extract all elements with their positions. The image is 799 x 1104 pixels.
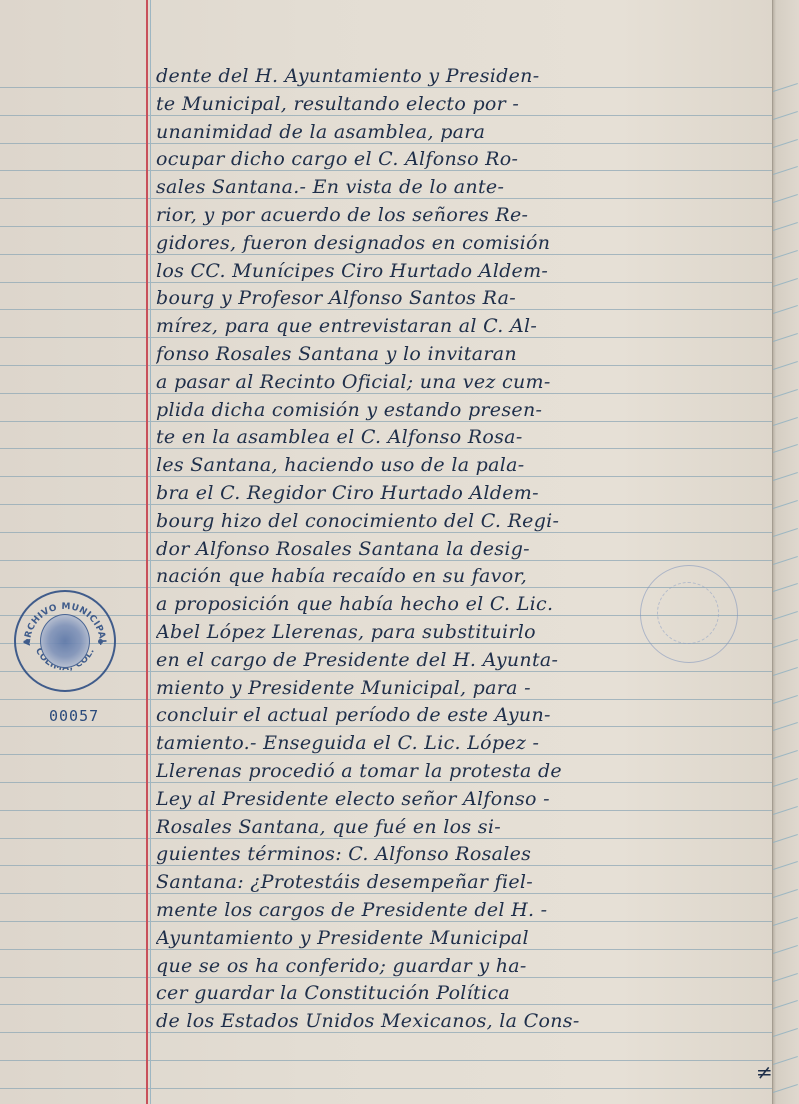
handwritten-line: gidores, fueron designados en comisión bbox=[156, 230, 768, 256]
handwritten-line: Abel López Llerenas, para substituirlo bbox=[156, 619, 768, 645]
stamp-star-icon bbox=[25, 639, 30, 644]
handwritten-line: cer guardar la Constitución Política bbox=[156, 980, 768, 1006]
handwritten-line: Ley al Presidente electo señor Alfonso - bbox=[156, 786, 768, 812]
handwritten-line: dor Alfonso Rosales Santana la desig- bbox=[156, 536, 768, 562]
handwritten-line: los CC. Munícipes Ciro Hurtado Aldem- bbox=[156, 258, 768, 284]
handwritten-line: tamiento.- Enseguida el C. Lic. López - bbox=[156, 730, 768, 756]
stamp-star-icon bbox=[98, 639, 103, 644]
coat-of-arms-icon bbox=[40, 614, 90, 668]
handwritten-line: dente del H. Ayuntamiento y Presiden- bbox=[156, 63, 768, 89]
handwritten-line: bourg hizo del conocimiento del C. Regi- bbox=[156, 508, 768, 534]
handwritten-line: bourg y Profesor Alfonso Santos Ra- bbox=[156, 285, 768, 311]
handwritten-line: Llerenas procedió a tomar la protesta de bbox=[156, 758, 768, 784]
handwritten-line: rior, y por acuerdo de los señores Re- bbox=[156, 202, 768, 228]
margin-line-red bbox=[146, 0, 148, 1104]
handwritten-line: Santana: ¿Protestáis desempeñar fiel- bbox=[156, 869, 768, 895]
handwritten-line: Ayuntamiento y Presidente Municipal bbox=[156, 925, 768, 951]
handwritten-line: concluir el actual período de este Ayun- bbox=[156, 702, 768, 728]
handwritten-line: ocupar dicho cargo el C. Alfonso Ro- bbox=[156, 146, 768, 172]
handwritten-line: mente los cargos de Presidente del H. - bbox=[156, 897, 768, 923]
handwritten-line: que se os ha conferido; guardar y ha- bbox=[156, 953, 768, 979]
end-of-page-mark: ≠ bbox=[756, 1060, 773, 1084]
ruling-line bbox=[0, 1060, 772, 1061]
handwritten-line: mírez, para que entrevistaran al C. Al- bbox=[156, 313, 768, 339]
handwritten-line: nación que había recaído en su favor, bbox=[156, 563, 768, 589]
handwritten-line: sales Santana.- En vista de lo ante- bbox=[156, 174, 768, 200]
handwritten-line: plida dicha comisión y estando presen- bbox=[156, 397, 768, 423]
handwritten-line: en el cargo de Presidente del H. Ayunta- bbox=[156, 647, 768, 673]
handwritten-line: guientes términos: C. Alfonso Rosales bbox=[156, 841, 768, 867]
handwritten-line: bra el C. Regidor Ciro Hurtado Aldem- bbox=[156, 480, 768, 506]
folio-number: 00057 bbox=[49, 707, 99, 725]
handwritten-line: les Santana, haciendo uso de la pala- bbox=[156, 452, 768, 478]
handwritten-line: te en la asamblea el C. Alfonso Rosa- bbox=[156, 424, 768, 450]
handwritten-line: fonso Rosales Santana y lo invitaran bbox=[156, 341, 768, 367]
ruling-line bbox=[0, 1088, 772, 1089]
handwritten-line: te Municipal, resultando electo por - bbox=[156, 91, 768, 117]
handwritten-line: miento y Presidente Municipal, para - bbox=[156, 675, 768, 701]
handwritten-line: a proposición que había hecho el C. Lic. bbox=[156, 591, 768, 617]
handwritten-line: Rosales Santana, que fué en los si- bbox=[156, 814, 768, 840]
margin-line-blue bbox=[150, 0, 151, 1104]
handwritten-line: de los Estados Unidos Mexicanos, la Cons… bbox=[156, 1008, 768, 1034]
archive-stamp: ARCHIVO MUNICIPAL COLIMA, COL. bbox=[14, 590, 116, 692]
handwritten-line: a pasar al Recinto Oficial; una vez cum- bbox=[156, 369, 768, 395]
handwritten-line: unanimidad de la asamblea, para bbox=[156, 119, 768, 145]
